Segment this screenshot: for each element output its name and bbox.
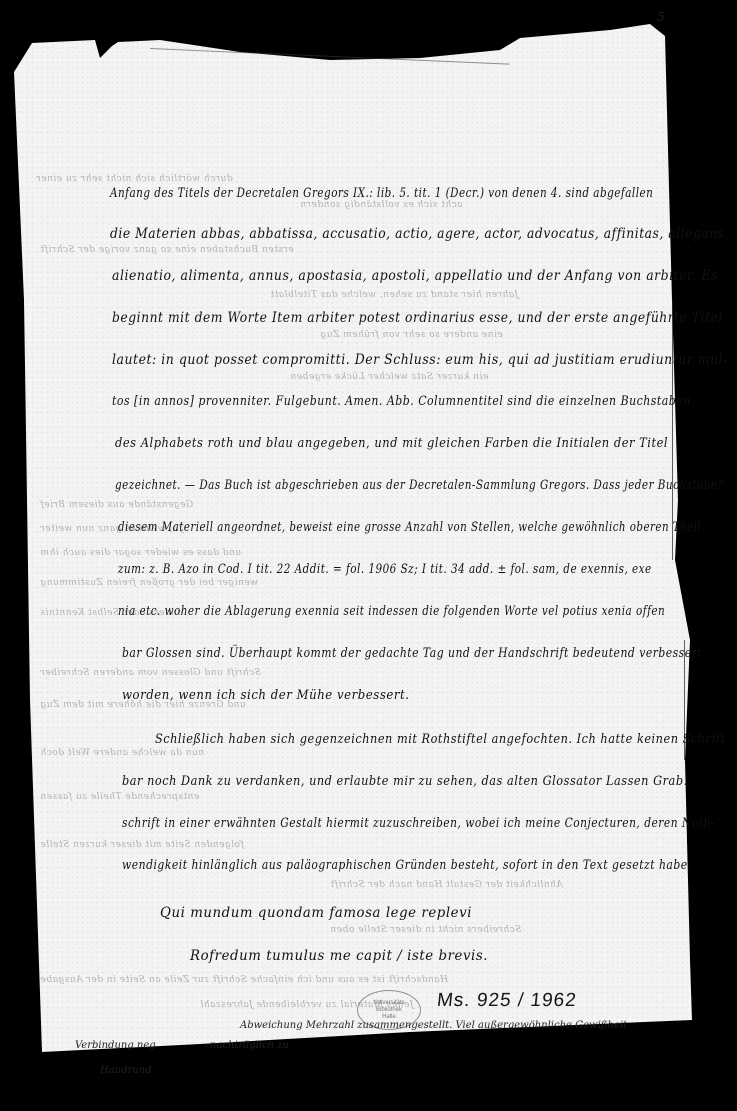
folio-number: 5	[657, 10, 665, 24]
margin-note: Abweichung Mehrzahl zusammengestellt. Vi…	[240, 1020, 627, 1031]
bleed-through-line: Ahnlichkeit der Gestalt Hand nach der Sc…	[330, 880, 563, 890]
stamp-line-2: Bibliothek	[376, 1007, 402, 1014]
manuscript-line: diesem Materiell angeordnet, beweist ein…	[118, 520, 701, 535]
manuscript-line: nia etc. woher die Ablagerung exennia se…	[118, 604, 665, 619]
manuscript-line: schrift in einer erwähnten Gestalt hierm…	[122, 816, 715, 831]
bleed-through-line: ersten Buchstaben eine so ganz vorige de…	[40, 245, 294, 255]
margin-note: nachträglich zu	[210, 1040, 289, 1051]
bleed-through-line: ein kurzer Satz welcher Lücke ergeben	[290, 372, 488, 382]
manuscript-line: worden, wenn ich sich der Mühe verbesser…	[122, 688, 409, 703]
bleed-through-line: Schreibers nicht in dieser Stelle oben	[330, 925, 521, 935]
bleed-through-line: folgenden Seite mit dieser kurzen Stelle	[40, 840, 244, 850]
manuscript-line: des Alphabets roth und blau angegeben, u…	[115, 436, 668, 451]
manuscript-line: zum: z. B. Azo in Cod. I tit. 22 Addit. …	[118, 562, 652, 577]
margin-note: Verbindung neg	[75, 1040, 156, 1051]
manuscript-line: bar Glossen sind. Überhaupt kommt der ge…	[122, 646, 702, 661]
manuscript-line: Rofredum tumulus me capit / iste brevis.	[190, 948, 488, 964]
manuscript-line: lautet: in quot posset compromitti. Der …	[112, 352, 728, 368]
manuscript-line: Qui mundum quondam famosa lege replevi	[160, 905, 472, 921]
bleed-through-line: durch wörtlich sich nicht sehr zu einer	[36, 174, 233, 184]
manuscript-scan: 5 durch wörtlich sich nicht sehr zu eine…	[0, 0, 737, 1111]
bleed-through-line: Gegenstände aus diesem Brief	[40, 500, 193, 510]
manuscript-line: bar noch Dank zu verdanken, und erlaubte…	[122, 774, 688, 789]
bleed-through-line: acht sich es vollständig sondern	[300, 200, 463, 210]
bleed-through-line: Handschrift ist es aus und ich einfache …	[40, 975, 448, 985]
bleed-through-line: eine andere so sehr von frühem Zug	[320, 330, 503, 340]
manuscript-line: beginnt mit dem Worte Item arbiter potes…	[112, 310, 723, 326]
bleed-through-line: nun da welche andere Welt doch	[40, 748, 204, 758]
bleed-through-line: weniger bei der großen freien Zustimmung	[40, 578, 258, 588]
stamp-line-3: Halle	[382, 1014, 396, 1021]
shelfmark-label: Ms. 925 / 1962	[436, 990, 578, 1012]
bleed-through-line: Jahren hier stand zu sehen, welche das T…	[270, 290, 518, 300]
manuscript-line: gezeichnet. — Das Buch ist abgeschrieben…	[115, 478, 724, 493]
manuscript-line: alienatio, alimenta, annus, apostasia, a…	[112, 268, 718, 284]
manuscript-line: wendigkeit hinlänglich aus paläographisc…	[122, 858, 692, 873]
bleed-through-line: Schrift und Glossen vom anderen Schreibe…	[40, 668, 261, 678]
manuscript-line: tos [in annos] provenniter. Fulgebunt. A…	[112, 394, 691, 409]
stamp-line-1: Universitäts	[373, 1000, 404, 1007]
manuscript-line: Anfang des Titels der Decretalen Gregors…	[110, 186, 653, 201]
manuscript-line: Schließlich haben sich gegenzeichnen mit…	[155, 732, 725, 747]
manuscript-line: die Materien abbas, abbatissa, accusatio…	[110, 226, 729, 242]
margin-note: Haudrund	[100, 1065, 152, 1076]
bleed-through-line: und dass es wieder sogar dies auch ihm	[40, 548, 241, 558]
library-stamp: Universitäts Bibliothek Halle	[357, 990, 421, 1030]
bleed-through-line: entsprechende Theile zu fassen	[40, 792, 199, 802]
